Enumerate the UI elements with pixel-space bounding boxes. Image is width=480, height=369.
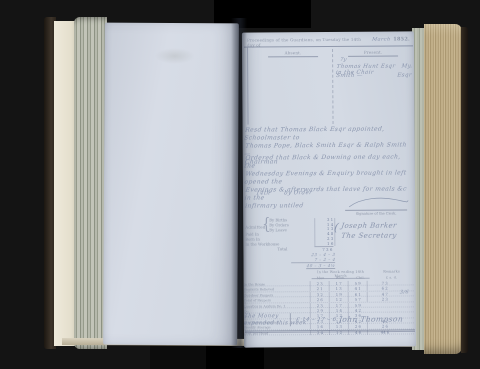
header-month-handwritten: March xyxy=(371,37,390,43)
footer-divider xyxy=(290,313,291,326)
tally-sums: 23 – 4 – 3 7 – 2 – 4 40 – 3 – 4½ xyxy=(291,252,335,269)
date-note: 14th by Order xyxy=(256,190,313,196)
grand-total: 40 – 3 – 4½ xyxy=(306,263,335,269)
tally-rows: Paid In Born In In the Workhouse xyxy=(245,232,279,247)
clerk-name-handwritten: Joseph Barker xyxy=(341,222,398,230)
tally-numbers: 3 1 1 4 1 3 4 8 2 3 1 6 xyxy=(314,218,335,246)
absent-column-header: Absent. xyxy=(268,50,318,57)
clerk-signature-rule: Signature of the Clerk. xyxy=(345,209,407,215)
photograph-of-open-minute-book: Proceedings of the Guardians, on Tuesday… xyxy=(0,0,480,369)
pen-mark: 7y xyxy=(340,57,348,63)
tally-brace-rows: By Births By Orders By Leave xyxy=(269,218,289,233)
header-year: 1852. xyxy=(393,36,410,42)
margin-note: 3/6 xyxy=(399,289,409,295)
present-column-header: Present. xyxy=(348,50,398,57)
right-cover-edge xyxy=(461,27,468,353)
fore-edge-page-stack xyxy=(424,24,462,354)
chairman-signature: John Thompson xyxy=(338,314,403,323)
page-footer: The Money expended this week £ 14 – 17 –… xyxy=(244,312,414,329)
paren-glyph: ( xyxy=(333,221,339,234)
tally-total-label: Total xyxy=(277,246,287,251)
admissions-tally-block: Admitted { By Births By Orders By Leave … xyxy=(243,216,415,267)
page-stain xyxy=(155,48,195,64)
table-remarks-header: Remarks xyxy=(374,269,410,273)
column-divider xyxy=(332,49,334,124)
book-gutter-shadow xyxy=(231,18,247,348)
clerk-title-handwritten: The Secretary xyxy=(341,232,397,240)
left-blank-page xyxy=(103,23,239,346)
present-entry-2: Smith — Esqr xyxy=(336,72,412,79)
attendance-columns: Absent. Present. 7y Thomas Hunt Esqr in … xyxy=(247,46,415,124)
left-page-stack-edges xyxy=(74,17,107,349)
right-manuscript-page: Proceedings of the Guardians, on Tuesday… xyxy=(242,31,416,347)
footer-amount: £ 14 – 17 – 6 xyxy=(296,317,337,323)
money-column-header: £ s. d. xyxy=(374,275,410,279)
